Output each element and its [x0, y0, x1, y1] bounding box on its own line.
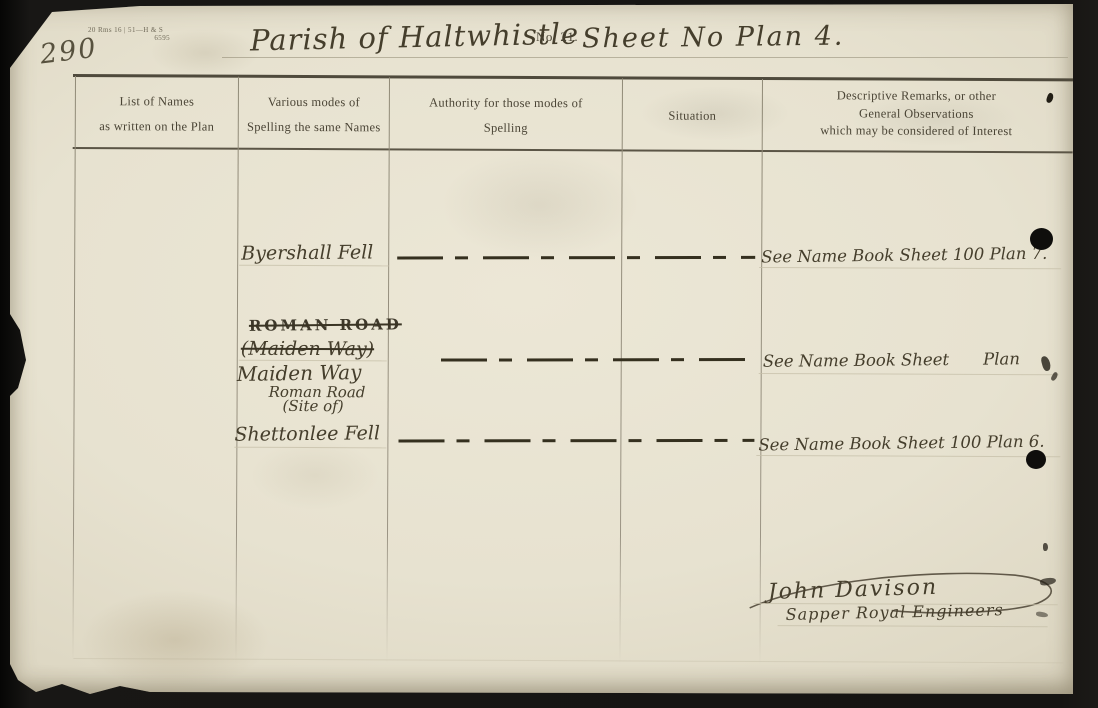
entry-remark-part: See Name Book Sheet: [763, 350, 950, 371]
entry-remark: See Name Book Sheet 100 Plan 6.: [758, 432, 1044, 455]
ruled-baseline: [756, 455, 1060, 457]
ruled-baseline: [778, 625, 1048, 627]
header-bottom-rule: [73, 147, 1073, 153]
entry-remark: See Name Book SheetPlan: [763, 349, 1020, 370]
ruled-baseline: [239, 265, 389, 267]
signature-name: John Davison: [767, 575, 938, 605]
column-header-line: List of Names: [77, 89, 237, 115]
entry-remark: See Name Book Sheet 100 Plan 7.: [761, 244, 1047, 267]
column-header-line: which may be considered of Interest: [764, 122, 1069, 141]
entry-name: Shettonlee Fell: [234, 422, 380, 445]
table-top-rule: [73, 74, 1073, 81]
ruled-baseline: [73, 658, 1063, 663]
ink-mark: [1043, 543, 1048, 551]
column-header-line: Authority for those modes of: [391, 90, 621, 116]
entry-name: Byershall Fell: [241, 241, 373, 264]
entry-name-struck: ROMAN ROAD: [249, 315, 402, 334]
column-line: [72, 76, 76, 662]
table-grid: List of Names as written on the Plan Var…: [0, 0, 1098, 708]
punch-hole: [1030, 228, 1053, 250]
ruled-baseline: [234, 447, 386, 449]
column-header-remarks: Descriptive Remarks, or other General Ob…: [764, 87, 1069, 141]
column-header-line: Situation: [624, 103, 761, 129]
punch-hole: [1026, 450, 1046, 469]
ditto-line: [397, 256, 755, 259]
column-header-line: Various modes of: [240, 90, 388, 116]
column-line: [386, 77, 390, 663]
page-content: 20 Rms 16 | 51—H & S 6595 290 Parish of …: [0, 0, 1098, 708]
entry-name-sub: (Site of): [283, 397, 344, 415]
column-header-list-of-names: List of Names as written on the Plan: [77, 89, 237, 140]
column-line: [619, 78, 623, 664]
column-header-line: Descriptive Remarks, or other: [764, 87, 1069, 106]
entry-name-struck: (Maiden Way): [241, 338, 374, 361]
ditto-line: [441, 358, 755, 361]
column-header-authority: Authority for those modes of Spelling: [391, 90, 621, 141]
column-header-line: Spelling the same Names: [240, 115, 388, 141]
column-header-line: as written on the Plan: [77, 114, 237, 140]
entry-remark-part: Plan: [983, 349, 1020, 368]
column-header-line: General Observations: [764, 105, 1069, 124]
ditto-line: [398, 439, 754, 442]
document-scan: 20 Rms 16 | 51—H & S 6595 290 Parish of …: [0, 0, 1098, 708]
column-header-situation: Situation: [624, 103, 761, 129]
ruled-baseline: [759, 267, 1061, 269]
ruled-baseline: [759, 373, 1059, 375]
column-header-spelling-modes: Various modes of Spelling the same Names: [240, 90, 388, 141]
column-header-line: Spelling: [391, 115, 621, 141]
